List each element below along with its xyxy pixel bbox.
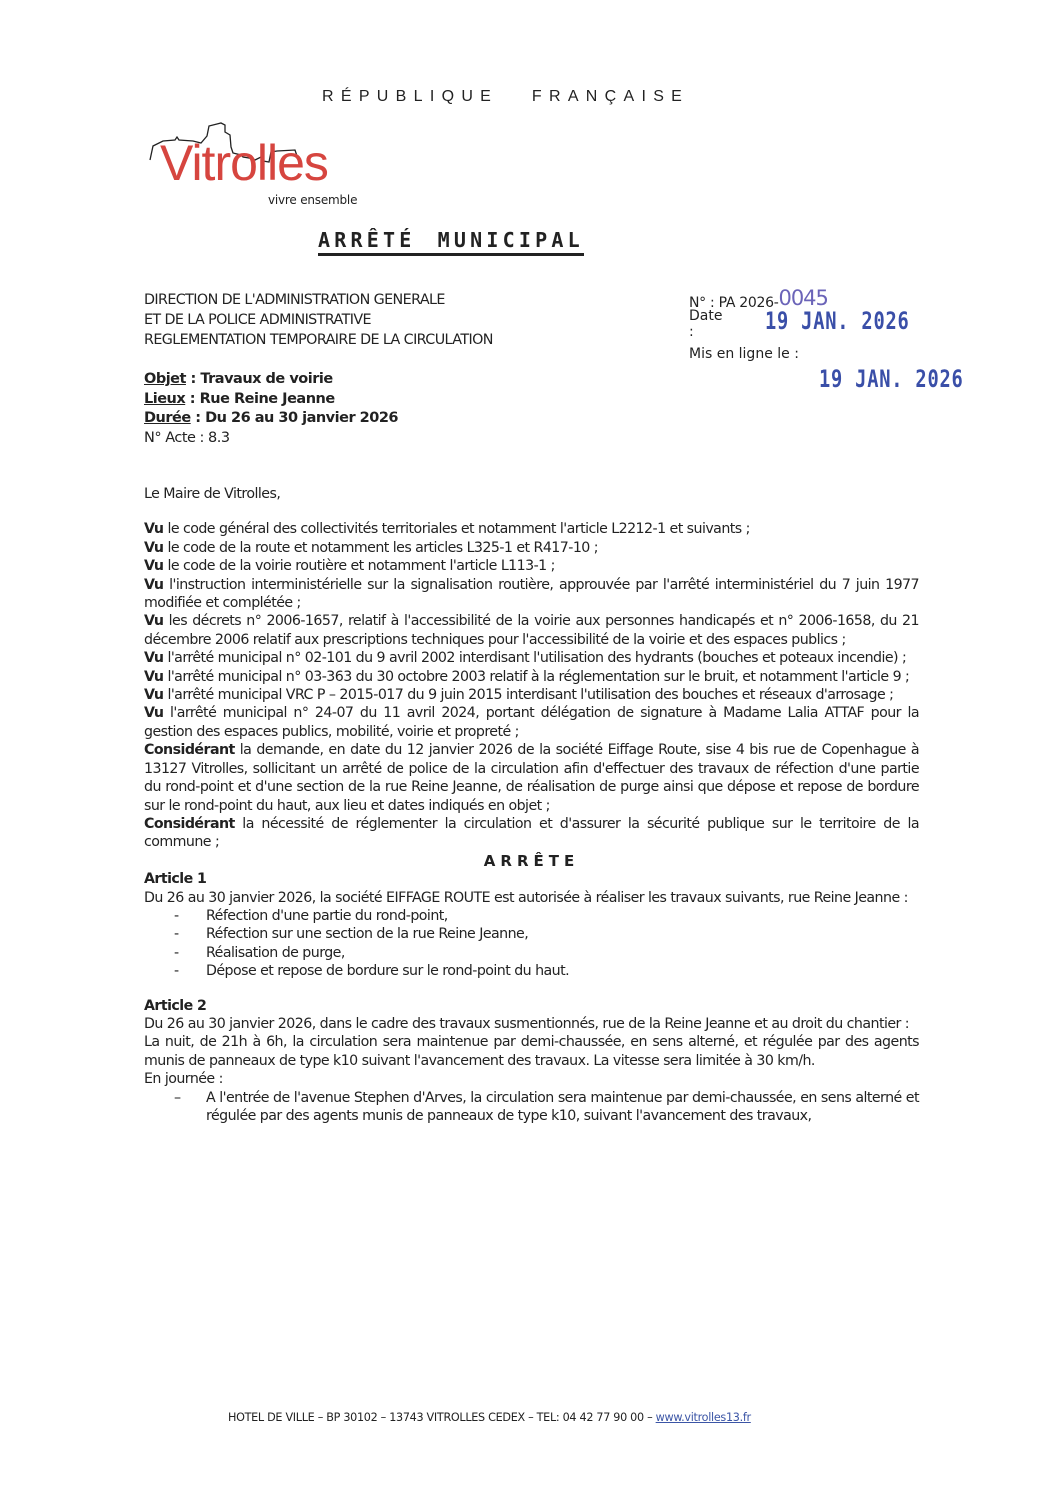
preamble-clauses: Vu le code général des collectivités ter…	[144, 520, 919, 851]
list-item: Dépose et repose de bordure sur le rond-…	[174, 962, 919, 980]
clause-text: les décrets n° 2006-1657, relatif à l'ac…	[144, 613, 919, 647]
preamble-clause: Vu l'arrêté municipal n° 02-101 du 9 avr…	[144, 649, 919, 667]
vitrolles-logo: Vitrolles vivre ensemble	[145, 122, 395, 217]
clause-lead: Vu	[144, 650, 163, 666]
footer: HOTEL DE VILLE – BP 30102 – 13743 VITROL…	[228, 1411, 751, 1424]
duree-label: Durée	[144, 410, 191, 426]
clause-text: le code général des collectivités territ…	[163, 521, 749, 537]
preamble-clause: Vu l'arrêté municipal n° 03-363 du 30 oc…	[144, 668, 919, 686]
clause-text: le code de la voirie routière et notamme…	[163, 558, 554, 574]
lieux-value: Rue Reine Jeanne	[200, 391, 335, 407]
clause-lead: Considérant	[144, 816, 235, 832]
acte-line: N° Acte : 8.3	[144, 429, 398, 449]
clause-lead: Vu	[144, 577, 163, 593]
preamble-clause: Considérant la nécessité de réglementer …	[144, 815, 919, 852]
clause-text: le code de la route et notamment les art…	[163, 540, 597, 556]
summary-block: Objet : Travaux de voirie Lieux : Rue Re…	[144, 370, 398, 449]
duree-line: Durée : Du 26 au 30 janvier 2026	[144, 409, 398, 429]
date-stamp: 19 JAN. 2026	[765, 307, 910, 335]
clause-lead: Vu	[144, 705, 163, 721]
clause-lead: Vu	[144, 613, 163, 629]
preamble-clause: Vu le code de la voirie routière et nota…	[144, 557, 919, 575]
preamble-clause: Vu les décrets n° 2006-1657, relatif à l…	[144, 612, 919, 649]
preamble-clause: Vu l'instruction interministérielle sur …	[144, 576, 919, 613]
preamble-clause: Vu l'arrêté municipal n° 24-07 du 11 avr…	[144, 704, 919, 741]
logo-wordmark: Vitrolles	[160, 134, 328, 192]
direction-line: ET DE LA POLICE ADMINISTRATIVE	[144, 310, 493, 330]
clause-lead: Vu	[144, 558, 163, 574]
article-1-title: Article 1	[144, 870, 919, 888]
clause-text: l'arrêté municipal n° 02-101 du 9 avril …	[163, 650, 906, 666]
clause-lead: Vu	[144, 521, 163, 537]
clause-text: l'arrêté municipal VRC P – 2015-017 du 9…	[163, 687, 893, 703]
article-2-day-label: En journée :	[144, 1070, 919, 1088]
article-2-night: La nuit, de 21h à 6h, la circulation ser…	[144, 1033, 919, 1070]
objet-label: Objet	[144, 371, 186, 387]
preamble-clause: Vu le code de la route et notamment les …	[144, 539, 919, 557]
objet-value: Travaux de voirie	[200, 371, 332, 387]
direction-block: DIRECTION DE L'ADMINISTRATION GENERALE E…	[144, 290, 493, 350]
preamble-clause: Vu l'arrêté municipal VRC P – 2015-017 d…	[144, 686, 919, 704]
republique-heading: RÉPUBLIQUE FRANÇAISE	[322, 88, 689, 106]
maire-line: Le Maire de Vitrolles,	[144, 485, 919, 503]
online-stamp: 19 JAN. 2026	[819, 365, 964, 393]
preamble-clause: Considérant la demande, en date du 12 ja…	[144, 741, 919, 815]
article-1-intro: Du 26 au 30 janvier 2026, la société EIF…	[144, 889, 919, 907]
list-item: A l'entrée de l'avenue Stephen d'Arves, …	[174, 1089, 919, 1126]
clause-text: l'arrêté municipal n° 03-363 du 30 octob…	[163, 669, 909, 685]
direction-line: DIRECTION DE L'ADMINISTRATION GENERALE	[144, 290, 493, 310]
lieux-label: Lieux	[144, 391, 185, 407]
logo-tagline: vivre ensemble	[268, 193, 357, 207]
direction-line: REGLEMENTATION TEMPORAIRE DE LA CIRCULAT…	[144, 330, 493, 350]
list-item: Réalisation de purge,	[174, 944, 919, 962]
clause-text: l'arrêté municipal n° 24-07 du 11 avril …	[144, 705, 919, 739]
clause-text: la nécessité de réglementer la circulati…	[144, 816, 919, 850]
clause-lead: Vu	[144, 669, 163, 685]
duree-value: Du 26 au 30 janvier 2026	[205, 410, 398, 426]
clause-text: la demande, en date du 12 janvier 2026 d…	[144, 742, 919, 813]
footer-address: HOTEL DE VILLE – BP 30102 – 13743 VITROL…	[228, 1411, 656, 1424]
article-2-title: Article 2	[144, 997, 919, 1015]
document-title: ARRÊTÉ MUNICIPAL	[318, 228, 584, 256]
document-body: Le Maire de Vitrolles, Vu le code généra…	[144, 485, 919, 1125]
preamble-clause: Vu le code général des collectivités ter…	[144, 520, 919, 538]
clause-lead: Considérant	[144, 742, 235, 758]
lieux-line: Lieux : Rue Reine Jeanne	[144, 390, 398, 410]
online-label: Mis en ligne le :	[689, 346, 799, 362]
arrete-heading: ARRÊTE	[144, 852, 919, 870]
objet-line: Objet : Travaux de voirie	[144, 370, 398, 390]
website-link[interactable]: www.vitrolles13.fr	[656, 1411, 751, 1424]
clause-text: l'instruction interministérielle sur la …	[144, 577, 919, 611]
article-1-list: Réfection d'une partie du rond-point, Ré…	[144, 907, 919, 981]
article-2-intro: Du 26 au 30 janvier 2026, dans le cadre …	[144, 1015, 919, 1033]
date-label: Date :	[689, 308, 722, 340]
clause-lead: Vu	[144, 687, 163, 703]
list-item: Réfection d'une partie du rond-point,	[174, 907, 919, 925]
clause-lead: Vu	[144, 540, 163, 556]
list-item: Réfection sur une section de la rue Rein…	[174, 925, 919, 943]
article-2-list: A l'entrée de l'avenue Stephen d'Arves, …	[144, 1089, 919, 1126]
